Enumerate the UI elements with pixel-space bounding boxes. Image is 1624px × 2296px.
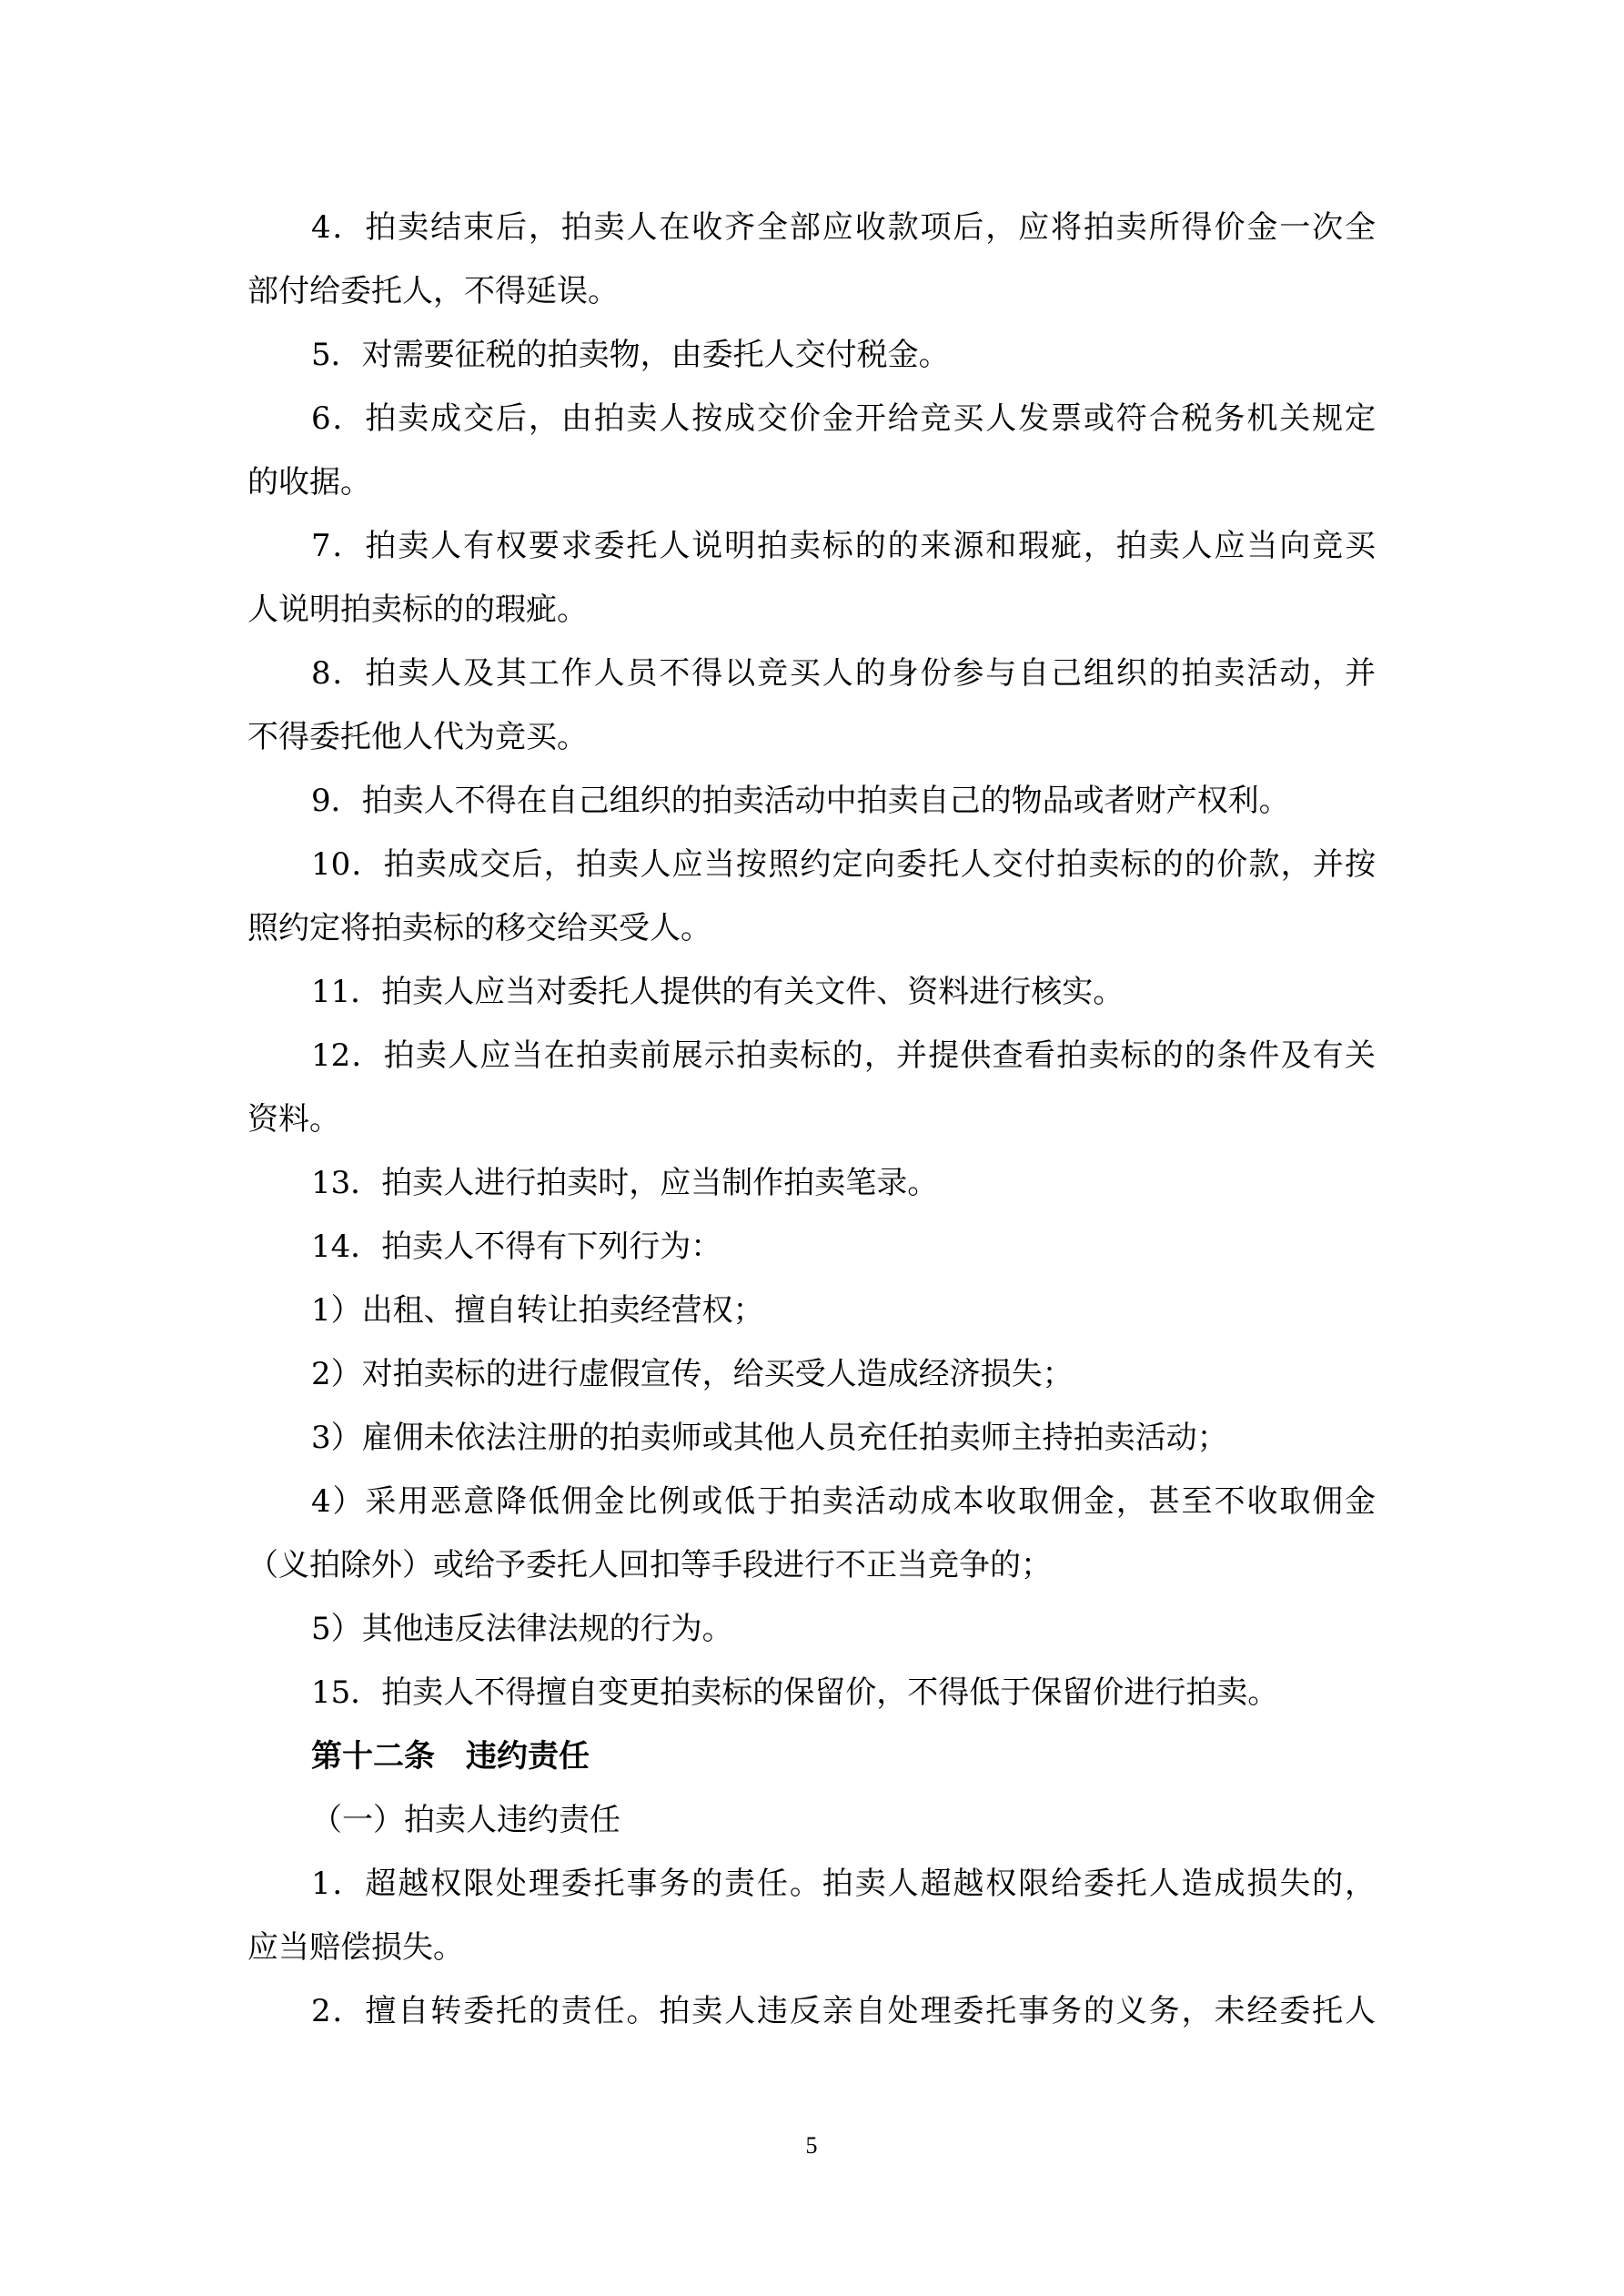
paragraph-line: 15．拍卖人不得擅自变更拍卖标的保留价，不得低于保留价进行拍卖。 — [247, 1661, 1376, 1725]
paragraph-line: （义拍除外）或给予委托人回扣等手段进行不正当竞争的； — [247, 1533, 1376, 1597]
section-heading: 第十二条 违约责任 — [247, 1725, 1376, 1788]
paragraph-line: 14．拍卖人不得有下列行为： — [247, 1215, 1376, 1279]
paragraph-line: 人说明拍卖标的的瑕疵。 — [247, 578, 1376, 642]
paragraph-line: 1）出租、擅自转让拍卖经营权； — [247, 1279, 1376, 1342]
document-body: 4．拍卖结束后，拍卖人在收齐全部应收款项后，应将拍卖所得价金一次全部付给委托人，… — [247, 196, 1376, 2043]
paragraph-line: 不得委托他人代为竞买。 — [247, 705, 1376, 769]
paragraph-line: 5）其他违反法律法规的行为。 — [247, 1597, 1376, 1661]
paragraph-line: 5．对需要征税的拍卖物，由委托人交付税金。 — [247, 323, 1376, 387]
paragraph-line: 应当赔偿损失。 — [247, 1916, 1376, 1979]
paragraph-line: 3）雇佣未依法注册的拍卖师或其他人员充任拍卖师主持拍卖活动； — [247, 1406, 1376, 1470]
paragraph-line: 7．拍卖人有权要求委托人说明拍卖标的的来源和瑕疵，拍卖人应当向竞买 — [247, 514, 1376, 578]
paragraph-line: 9．拍卖人不得在自己组织的拍卖活动中拍卖自己的物品或者财产权利。 — [247, 769, 1376, 833]
paragraph-line: 13．拍卖人进行拍卖时，应当制作拍卖笔录。 — [247, 1151, 1376, 1215]
paragraph-line: 6．拍卖成交后，由拍卖人按成交价金开给竞买人发票或符合税务机关规定 — [247, 387, 1376, 450]
paragraph-line: 12．拍卖人应当在拍卖前展示拍卖标的，并提供查看拍卖标的的条件及有关 — [247, 1024, 1376, 1087]
paragraph-line: 4．拍卖结束后，拍卖人在收齐全部应收款项后，应将拍卖所得价金一次全 — [247, 196, 1376, 259]
paragraph-line: 照约定将拍卖标的移交给买受人。 — [247, 896, 1376, 960]
paragraph-line: 2）对拍卖标的进行虚假宣传，给买受人造成经济损失； — [247, 1342, 1376, 1406]
paragraph-line: 的收据。 — [247, 450, 1376, 514]
paragraph-line: （一）拍卖人违约责任 — [247, 1788, 1376, 1852]
paragraph-line: 部付给委托人，不得延误。 — [247, 259, 1376, 323]
paragraph-line: 4）采用恶意降低佣金比例或低于拍卖活动成本收取佣金，甚至不收取佣金 — [247, 1470, 1376, 1533]
paragraph-line: 资料。 — [247, 1087, 1376, 1151]
document-page: 4．拍卖结束后，拍卖人在收齐全部应收款项后，应将拍卖所得价金一次全部付给委托人，… — [0, 0, 1624, 2296]
paragraph-line: 11．拍卖人应当对委托人提供的有关文件、资料进行核实。 — [247, 960, 1376, 1024]
paragraph-line: 8．拍卖人及其工作人员不得以竞买人的身份参与自己组织的拍卖活动，并 — [247, 642, 1376, 705]
paragraph-line: 1．超越权限处理委托事务的责任。拍卖人超越权限给委托人造成损失的， — [247, 1852, 1376, 1916]
page-number: 5 — [766, 2129, 857, 2162]
paragraph-line: 2．擅自转委托的责任。拍卖人违反亲自处理委托事务的义务，未经委托人 — [247, 1979, 1376, 2043]
paragraph-line: 10．拍卖成交后，拍卖人应当按照约定向委托人交付拍卖标的的价款，并按 — [247, 833, 1376, 896]
